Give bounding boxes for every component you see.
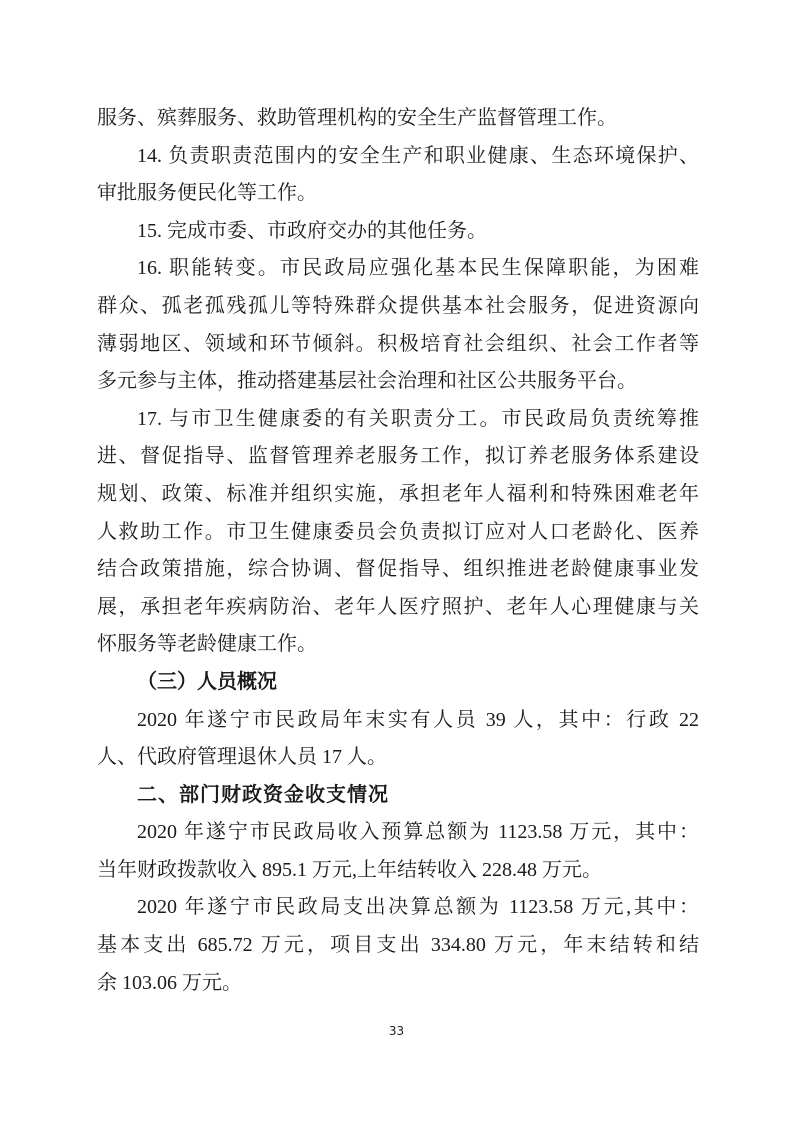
text-line: 17. 与市卫生健康委的有关职责分工。市民政局负责统筹推 (97, 401, 699, 439)
paragraph: （三）人员概况 (97, 664, 699, 702)
text-line: （三）人员概况 (97, 664, 699, 702)
text-line: 展，承担老年疾病防治、老年人医疗照护、老年人心理健康与关 (97, 589, 699, 627)
text-line: 群众、孤老孤残孤儿等特殊群众提供基本社会服务，促进资源向 (97, 288, 699, 326)
text-line: 2020 年遂宁市民政局支出决算总额为 1123.58 万元,其中： (97, 889, 699, 927)
text-line: 结合政策措施，综合协调、督促指导、组织推进老龄健康事业发 (97, 551, 699, 589)
paragraph: 17. 与市卫生健康委的有关职责分工。市民政局负责统筹推进、督促指导、监督管理养… (97, 401, 699, 664)
paragraph: 14. 负责职责范围内的安全生产和职业健康、生态环境保护、审批服务便民化等工作。 (97, 138, 699, 213)
document-page: 服务、殡葬服务、救助管理机构的安全生产监督管理工作。14. 负责职责范围内的安全… (0, 0, 793, 1122)
paragraph: 2020 年遂宁市民政局支出决算总额为 1123.58 万元,其中：基本支出 6… (97, 889, 699, 1002)
text-line: 二、部门财政资金收支情况 (97, 777, 699, 815)
text-line: 人救助工作。市卫生健康委员会负责拟订应对人口老龄化、医养 (97, 514, 699, 552)
text-line: 审批服务便民化等工作。 (97, 175, 699, 213)
text-line: 基本支出 685.72 万元，项目支出 334.80 万元，年末结转和结 (97, 927, 699, 965)
paragraph: 16. 职能转变。市民政局应强化基本民生保障职能，为困难群众、孤老孤残孤儿等特殊… (97, 250, 699, 400)
paragraph: 二、部门财政资金收支情况 (97, 777, 699, 815)
text-line: 进、督促指导、监督管理养老服务工作，拟订养老服务体系建设 (97, 438, 699, 476)
text-line: 2020 年遂宁市民政局年末实有人员 39 人，其中：行政 22 (97, 702, 699, 740)
paragraph: 服务、殡葬服务、救助管理机构的安全生产监督管理工作。 (97, 100, 699, 138)
paragraph: 2020 年遂宁市民政局收入预算总额为 1123.58 万元，其中：当年财政拨款… (97, 814, 699, 889)
text-line: 14. 负责职责范围内的安全生产和职业健康、生态环境保护、 (97, 138, 699, 176)
text-line: 15. 完成市委、市政府交办的其他任务。 (97, 213, 699, 251)
page-number: 33 (389, 1024, 404, 1038)
text-line: 服务、殡葬服务、救助管理机构的安全生产监督管理工作。 (97, 100, 699, 138)
text-line: 16. 职能转变。市民政局应强化基本民生保障职能，为困难 (97, 250, 699, 288)
text-line: 薄弱地区、领域和环节倾斜。积极培育社会组织、社会工作者等 (97, 326, 699, 364)
page-footer: 33 (0, 1022, 793, 1040)
text-line: 余 103.06 万元。 (97, 965, 699, 1003)
document-body: 服务、殡葬服务、救助管理机构的安全生产监督管理工作。14. 负责职责范围内的安全… (97, 0, 699, 1002)
text-line: 规划、政策、标准并组织实施，承担老年人福利和特殊困难老年 (97, 476, 699, 514)
text-line: 怀服务等老龄健康工作。 (97, 626, 699, 664)
paragraph: 15. 完成市委、市政府交办的其他任务。 (97, 213, 699, 251)
text-line: 人、代政府管理退休人员 17 人。 (97, 739, 699, 777)
paragraph: 2020 年遂宁市民政局年末实有人员 39 人，其中：行政 22人、代政府管理退… (97, 702, 699, 777)
text-line: 2020 年遂宁市民政局收入预算总额为 1123.58 万元，其中： (97, 814, 699, 852)
text-line: 当年财政拨款收入 895.1 万元,上年结转收入 228.48 万元。 (97, 852, 699, 890)
text-line: 多元参与主体，推动搭建基层社会治理和社区公共服务平台。 (97, 363, 699, 401)
